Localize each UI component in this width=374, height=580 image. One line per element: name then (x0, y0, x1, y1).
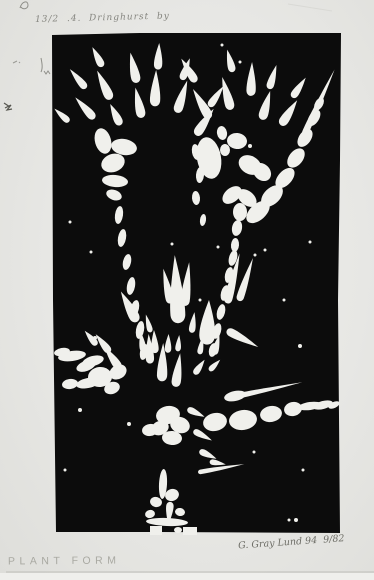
ink-speck (199, 299, 202, 302)
paper-edge-shadow (0, 573, 374, 580)
ink-speck (239, 61, 242, 64)
linocut-print (0, 0, 374, 580)
ink-speck (298, 344, 302, 348)
ink-speck (283, 299, 286, 302)
artwork-photo: 13/2 .4. Dringhurst by G. Gray Lund 94 9… (0, 0, 374, 580)
ink-speck (93, 336, 97, 340)
ink-speck (90, 251, 93, 254)
ink-speck (288, 519, 291, 522)
ink-speck (248, 144, 252, 148)
ink-speck (69, 221, 72, 224)
ink-speck (64, 469, 67, 472)
ink-speck (254, 254, 257, 257)
ink-block (52, 33, 341, 533)
ink-speck (294, 518, 298, 522)
ink-speck (136, 95, 139, 98)
ink-speck (221, 44, 224, 47)
edge-notch (183, 527, 197, 535)
ink-speck (264, 249, 267, 252)
blob-shape (233, 203, 247, 221)
ink-speck (78, 408, 82, 412)
edge-notch (150, 526, 162, 535)
ink-speck (302, 469, 305, 472)
ink-speck (309, 241, 312, 244)
blob-shape (220, 144, 230, 156)
ink-speck (253, 451, 256, 454)
ink-speck (246, 340, 249, 343)
title-inscription: PLANT FORM (8, 555, 121, 568)
ink-speck (217, 246, 220, 249)
ink-speck (171, 243, 174, 246)
blob-shape (174, 527, 182, 533)
ink-speck (127, 422, 131, 426)
